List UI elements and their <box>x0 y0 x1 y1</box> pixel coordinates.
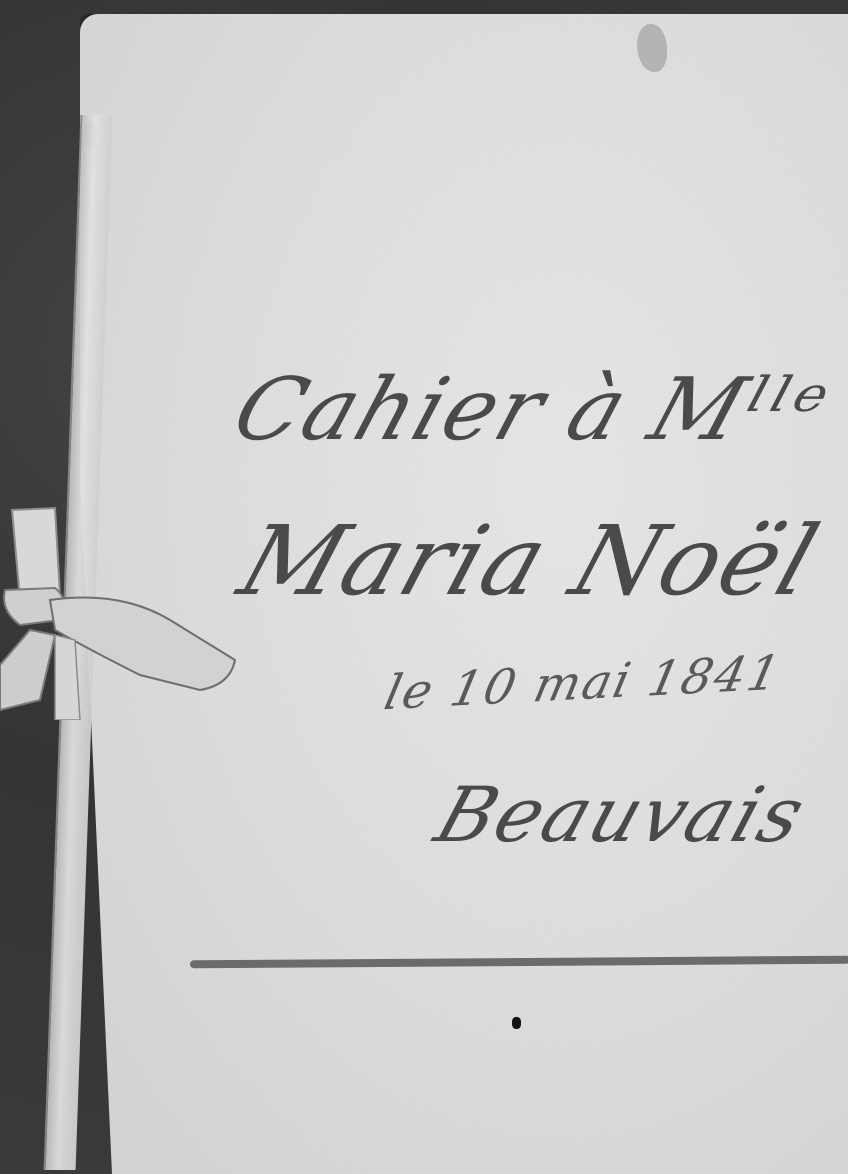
owner-name-line: Maria Noël <box>227 505 833 617</box>
place-line: Beauvais <box>426 770 818 859</box>
ribbon-bow-icon <box>0 500 245 720</box>
stain-mark <box>637 24 667 72</box>
cover-title-line: Cahier à Mˡˡᵉ <box>222 360 842 460</box>
ink-blot <box>512 1017 521 1029</box>
